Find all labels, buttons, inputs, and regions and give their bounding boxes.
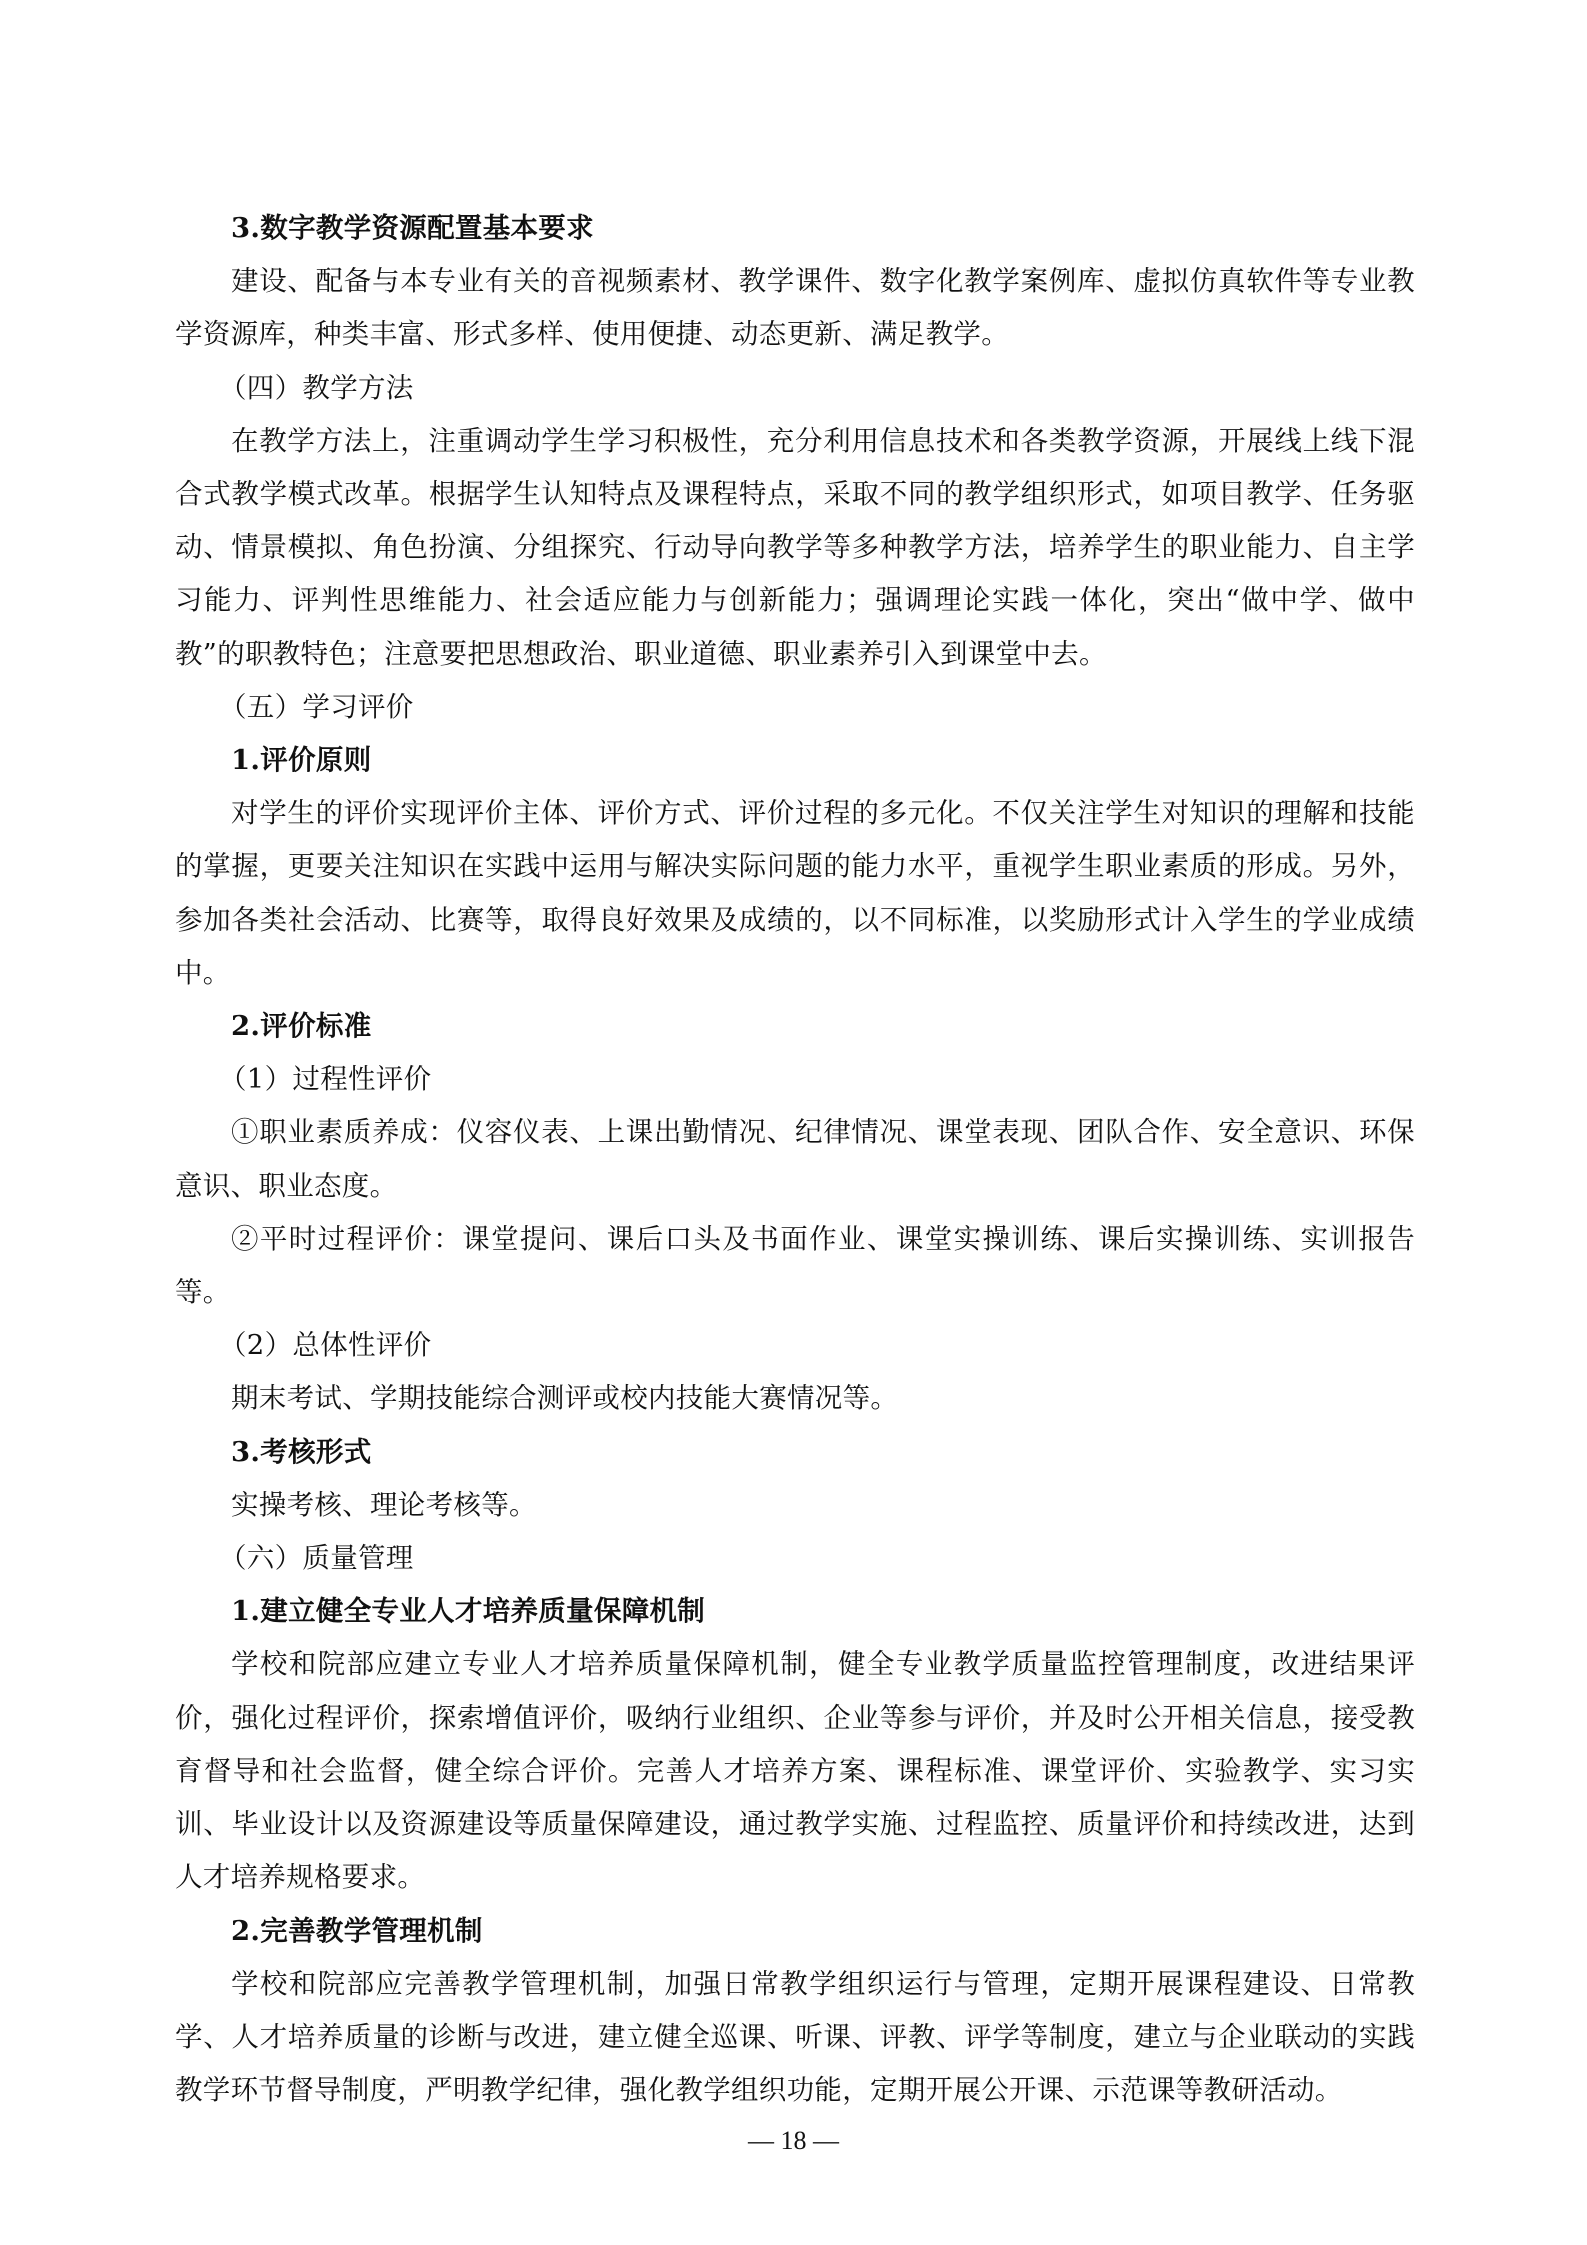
subsection-summative-evaluation: （2）总体性评价 bbox=[175, 1319, 1415, 1372]
heading-evaluation-standards: 2.评价标准 bbox=[175, 1000, 1415, 1053]
heading-evaluation-principles: 1.评价原则 bbox=[175, 734, 1415, 787]
paragraph: ②平时过程评价：课堂提问、课后口头及书面作业、课堂实操训练、课后实操训练、实训报… bbox=[175, 1213, 1415, 1319]
section-teaching-methods: （四）教学方法 bbox=[175, 362, 1415, 415]
heading-quality-assurance: 1.建立健全专业人才培养质量保障机制 bbox=[175, 1585, 1415, 1638]
paragraph: ①职业素质养成：仪容仪表、上课出勤情况、纪律情况、课堂表现、团队合作、安全意识、… bbox=[175, 1106, 1415, 1212]
paragraph: 在教学方法上，注重调动学生学习积极性，充分利用信息技术和各类教学资源，开展线上线… bbox=[175, 415, 1415, 681]
paragraph: 学校和院部应建立专业人才培养质量保障机制，健全专业教学质量监控管理制度，改进结果… bbox=[175, 1638, 1415, 1904]
paragraph: 建设、配备与本专业有关的音视频素材、教学课件、数字化教学案例库、虚拟仿真软件等专… bbox=[175, 255, 1415, 361]
paragraph: 实操考核、理论考核等。 bbox=[175, 1479, 1415, 1532]
paragraph: 对学生的评价实现评价主体、评价方式、评价过程的多元化。不仅关注学生对知识的理解和… bbox=[175, 787, 1415, 1000]
section-quality-management: （六）质量管理 bbox=[175, 1532, 1415, 1585]
page-number: — 18 — bbox=[0, 2126, 1587, 2156]
paragraph: 期末考试、学期技能综合测评或校内技能大赛情况等。 bbox=[175, 1372, 1415, 1425]
section-learning-evaluation: （五）学习评价 bbox=[175, 681, 1415, 734]
document-body: 3.数字教学资源配置基本要求 建设、配备与本专业有关的音视频素材、教学课件、数字… bbox=[175, 202, 1415, 2117]
paragraph: 学校和院部应完善教学管理机制，加强日常教学组织运行与管理，定期开展课程建设、日常… bbox=[175, 1958, 1415, 2118]
subsection-process-evaluation: （1）过程性评价 bbox=[175, 1053, 1415, 1106]
heading-assessment-form: 3.考核形式 bbox=[175, 1426, 1415, 1479]
heading-teaching-management: 2.完善教学管理机制 bbox=[175, 1905, 1415, 1958]
heading-digital-resources: 3.数字教学资源配置基本要求 bbox=[175, 202, 1415, 255]
